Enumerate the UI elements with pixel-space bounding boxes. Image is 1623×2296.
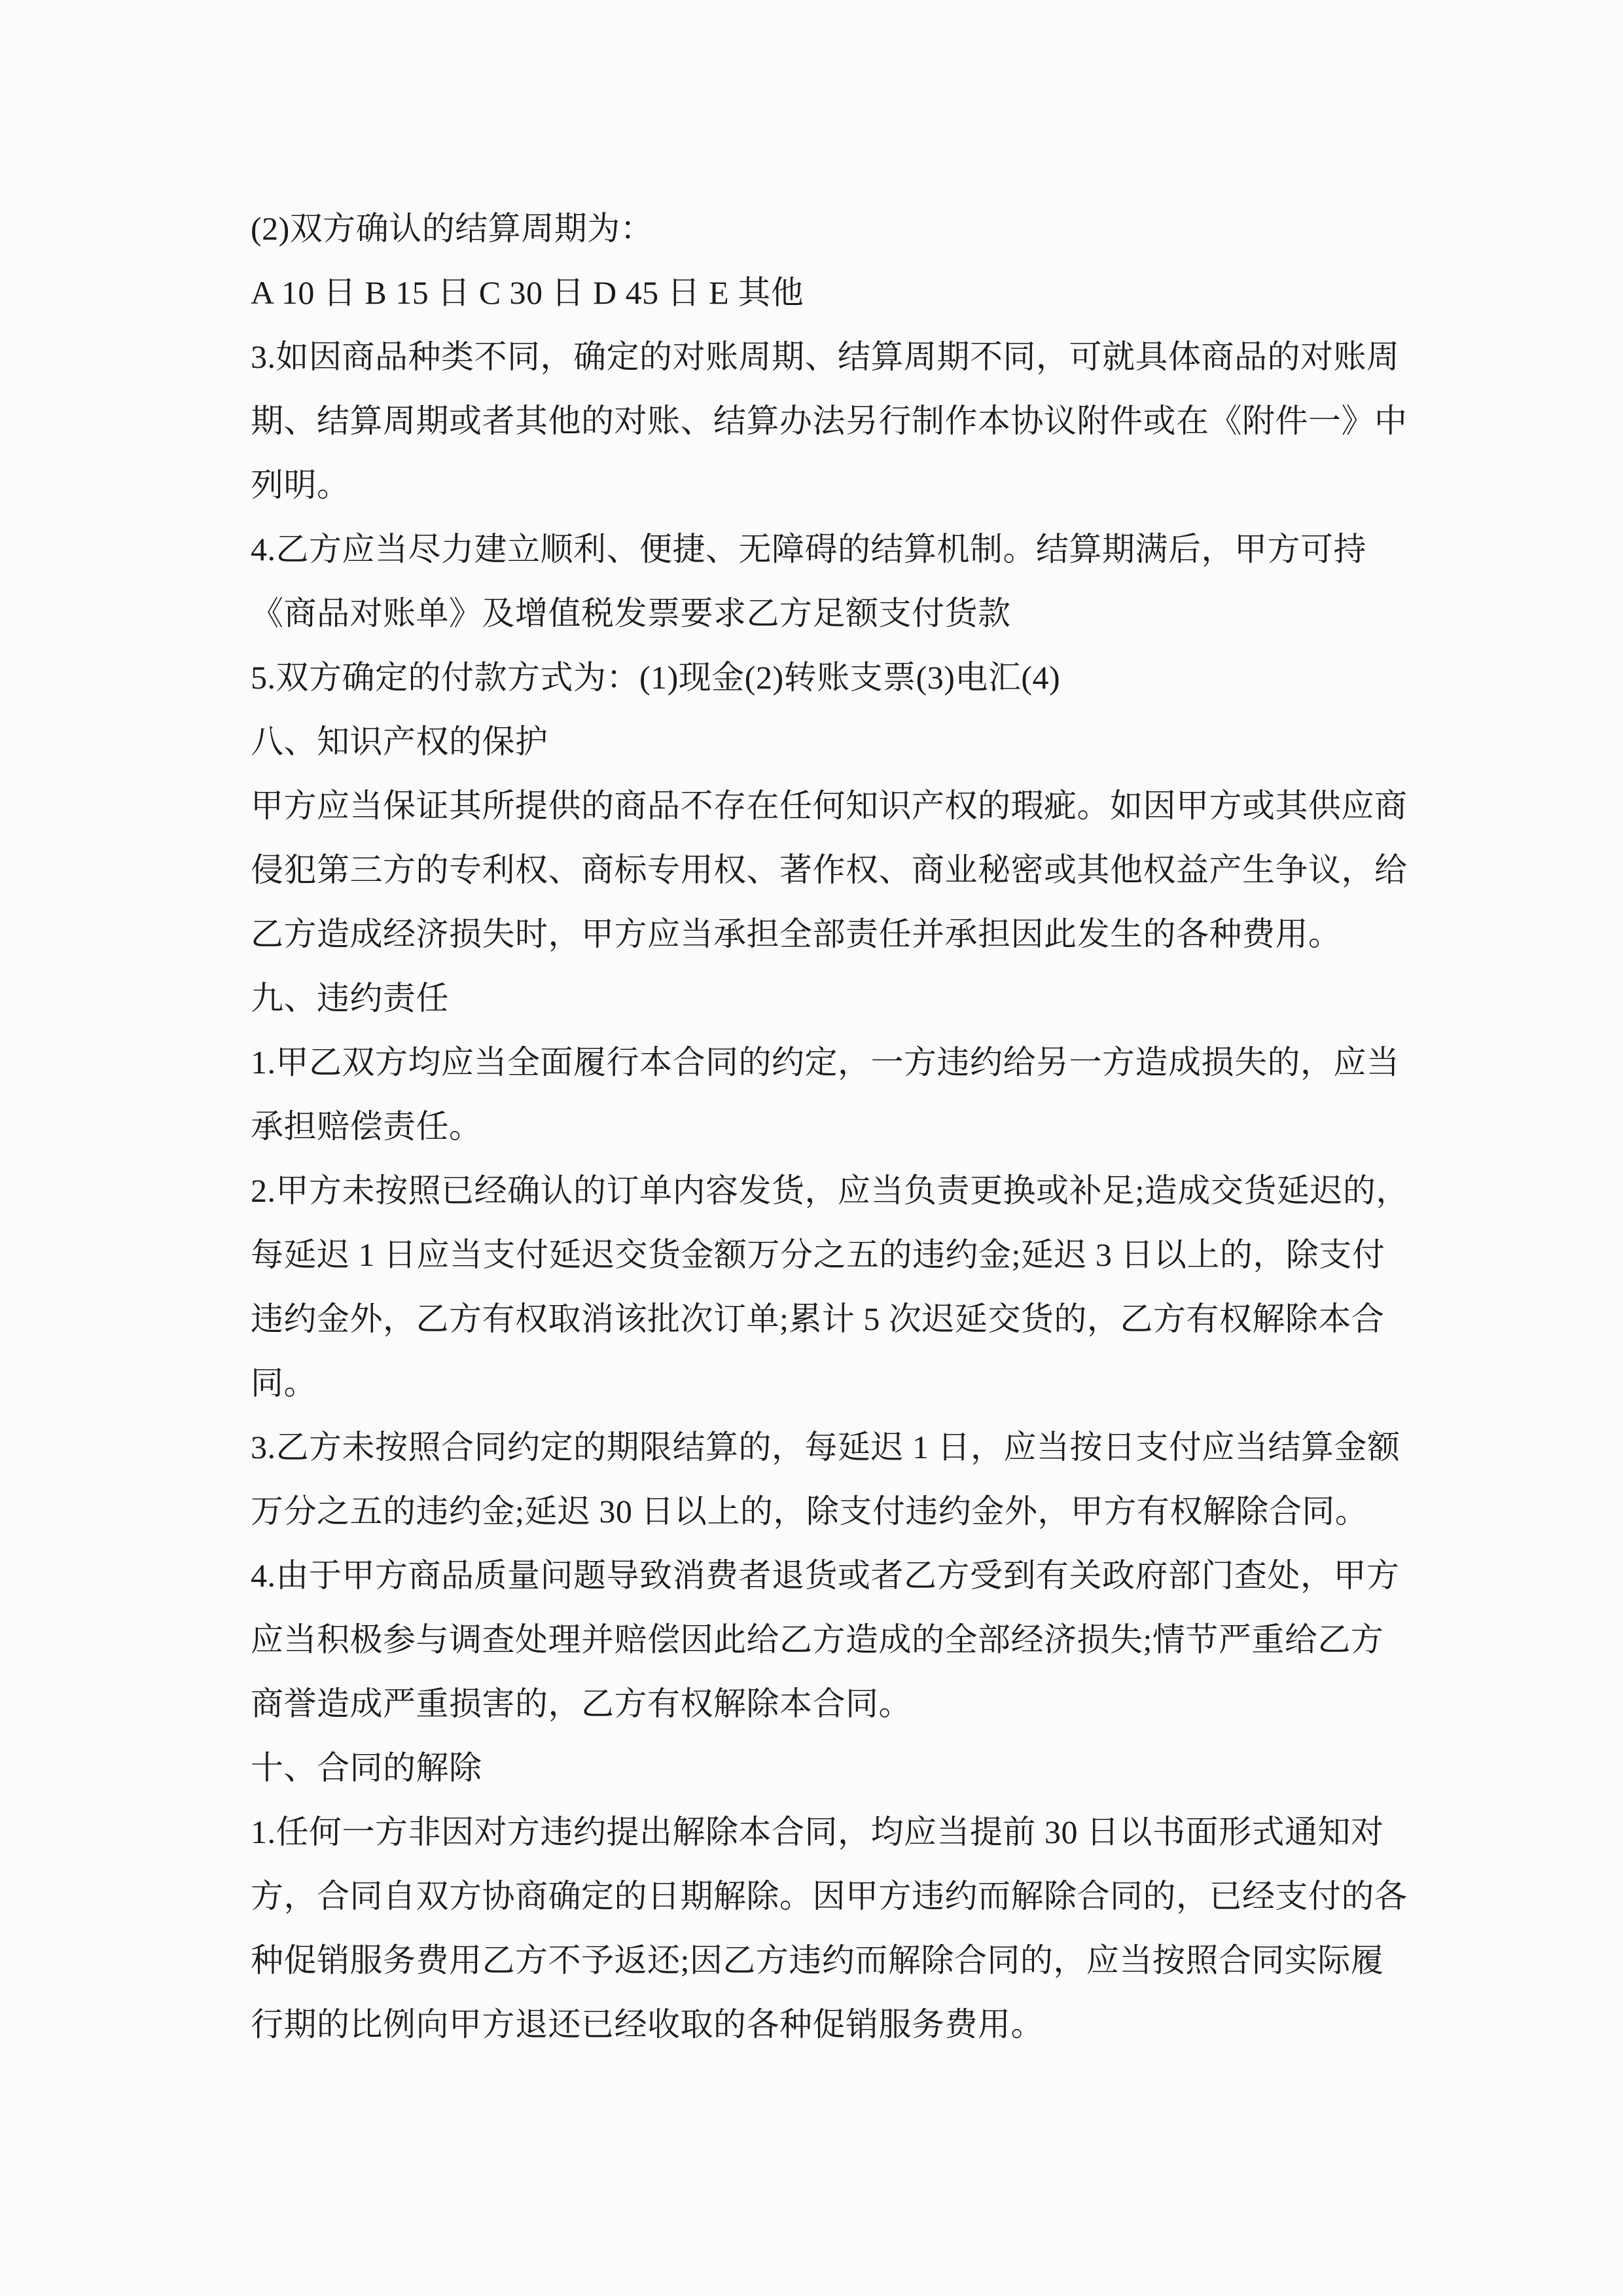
- contract-text-block: (2)双方确认的结算周期为： A 10 日 B 15 日 C 30 日 D 45…: [251, 196, 1422, 2056]
- text-line: 4.乙方应当尽力建立顺利、便捷、无障碍的结算机制。结算期满后，甲方可持: [251, 517, 1422, 581]
- text-line: 乙方造成经济损失时，甲方应当承担全部责任并承担因此发生的各种费用。: [251, 902, 1422, 966]
- contract-document-page: (2)双方确认的结算周期为： A 10 日 B 15 日 C 30 日 D 45…: [0, 0, 1623, 2296]
- text-line: 种促销服务费用乙方不予返还;因乙方违约而解除合同的，应当按照合同实际履: [251, 1928, 1422, 1992]
- text-line: 违约金外，乙方有权取消该批次订单;累计 5 次迟延交货的，乙方有权解除本合: [251, 1287, 1422, 1351]
- text-line: 1.任何一方非因对方违约提出解除本合同，均应当提前 30 日以书面形式通知对: [251, 1800, 1422, 1864]
- text-line: 万分之五的违约金;延迟 30 日以上的，除支付违约金外，甲方有权解除合同。: [251, 1479, 1422, 1543]
- text-line: 每延迟 1 日应当支付延迟交货金额万分之五的违约金;延迟 3 日以上的，除支付: [251, 1223, 1422, 1287]
- text-line: (2)双方确认的结算周期为：: [251, 196, 1422, 260]
- section-heading: 十、合同的解除: [251, 1736, 1422, 1800]
- text-line: 3.乙方未按照合同约定的期限结算的，每延迟 1 日，应当按日支付应当结算金额: [251, 1415, 1422, 1479]
- text-line: A 10 日 B 15 日 C 30 日 D 45 日 E 其他: [251, 260, 1422, 325]
- text-line: 侵犯第三方的专利权、商标专用权、著作权、商业秘密或其他权益产生争议，给: [251, 838, 1422, 902]
- text-line: 方，合同自双方协商确定的日期解除。因甲方违约而解除合同的，已经支付的各: [251, 1864, 1422, 1928]
- text-line: 列明。: [251, 453, 1422, 517]
- text-line: 1.甲乙双方均应当全面履行本合同的约定，一方违约给另一方造成损失的，应当: [251, 1030, 1422, 1094]
- text-line: 5.双方确定的付款方式为：(1)现金(2)转账支票(3)电汇(4): [251, 645, 1422, 709]
- text-line: 同。: [251, 1351, 1422, 1415]
- text-line: 3.如因商品种类不同，确定的对账周期、结算周期不同，可就具体商品的对账周: [251, 325, 1422, 389]
- text-line: 期、结算周期或者其他的对账、结算办法另行制作本协议附件或在《附件一》中: [251, 389, 1422, 453]
- text-line: 行期的比例向甲方退还已经收取的各种促销服务费用。: [251, 1992, 1422, 2056]
- text-line: 2.甲方未按照已经确认的订单内容发货，应当负责更换或补足;造成交货延迟的，: [251, 1158, 1422, 1223]
- text-line: 应当积极参与调查处理并赔偿因此给乙方造成的全部经济损失;情节严重给乙方: [251, 1607, 1422, 1672]
- text-line: 承担赔偿责任。: [251, 1094, 1422, 1158]
- text-line: 商誉造成严重损害的，乙方有权解除本合同。: [251, 1672, 1422, 1736]
- section-heading: 九、违约责任: [251, 966, 1422, 1030]
- text-line: 甲方应当保证其所提供的商品不存在任何知识产权的瑕疵。如因甲方或其供应商: [251, 774, 1422, 838]
- text-line: 4.由于甲方商品质量问题导致消费者退货或者乙方受到有关政府部门查处，甲方: [251, 1543, 1422, 1607]
- text-line: 《商品对账单》及增值税发票要求乙方足额支付货款: [251, 581, 1422, 645]
- section-heading: 八、知识产权的保护: [251, 709, 1422, 774]
